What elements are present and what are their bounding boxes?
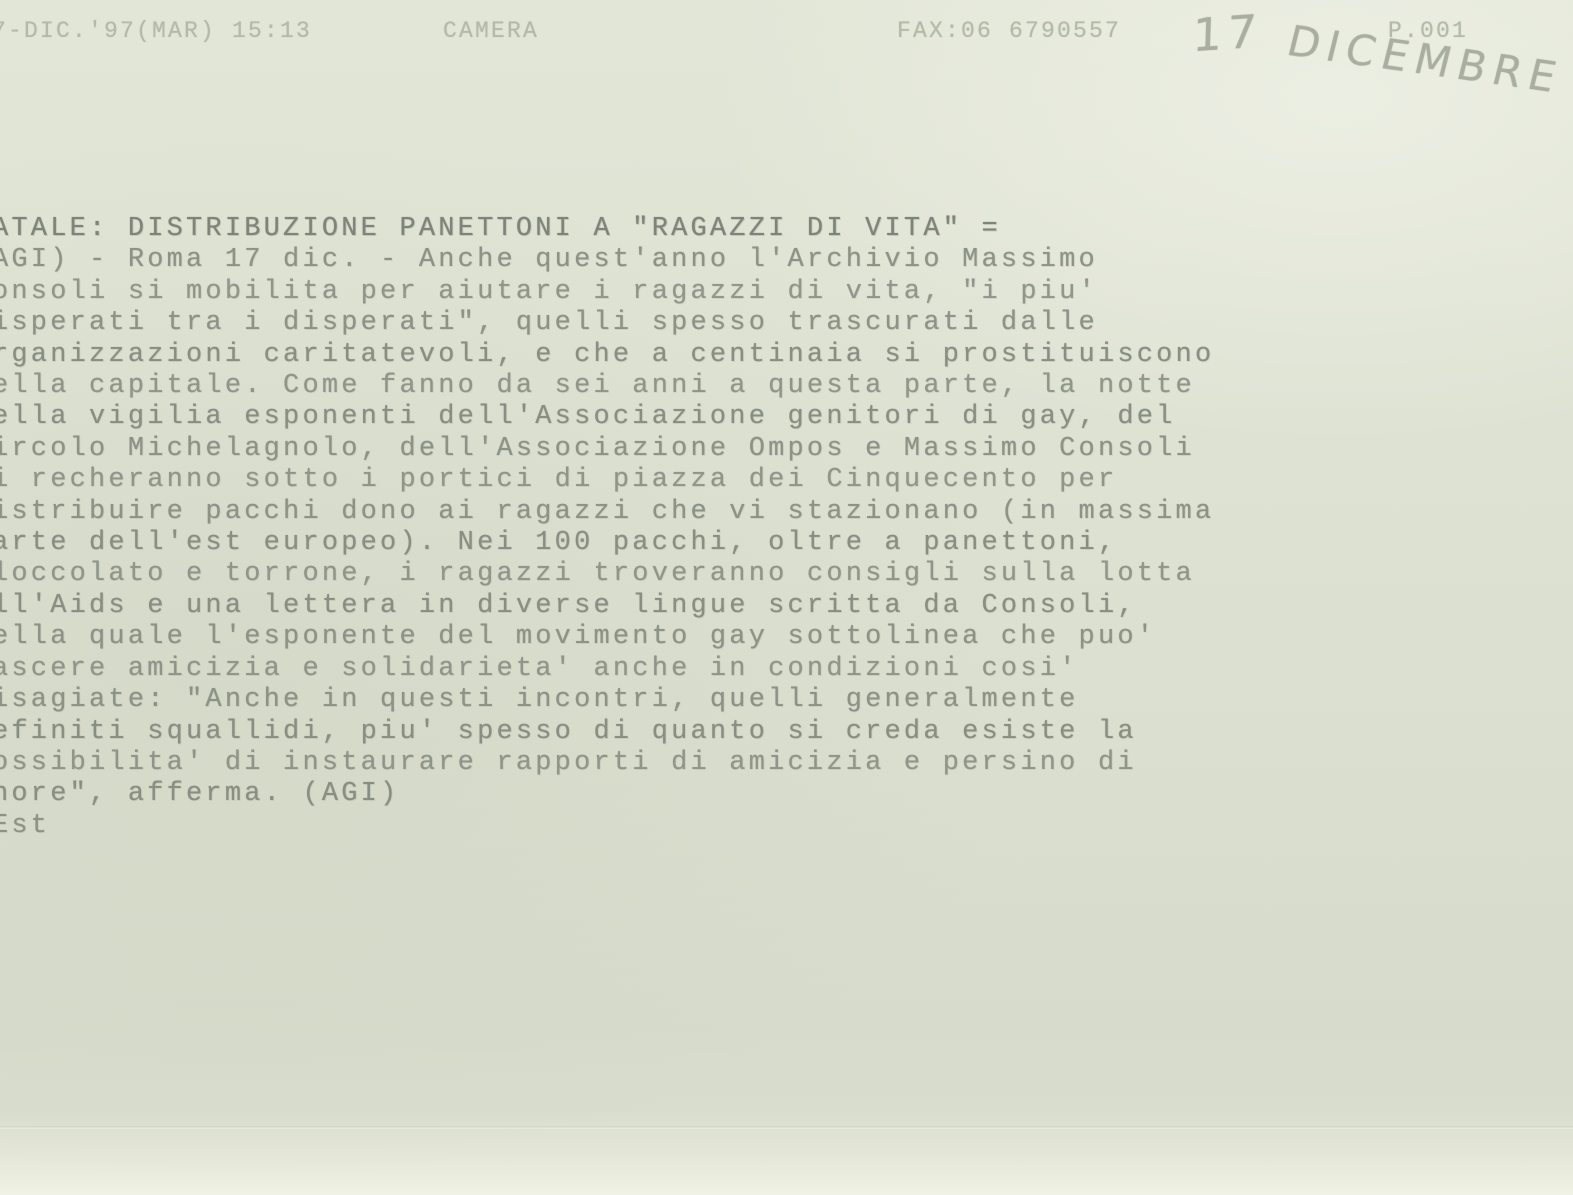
fax-header-datetime: 7-DIC.'97(MAR) 15:13	[0, 18, 312, 44]
article-line: i recheranno sotto i portici di piazza d…	[0, 465, 1392, 496]
article-line: ella vigilia esponenti dell'Associazione…	[0, 402, 1392, 433]
handwritten-day: 17	[1192, 4, 1263, 62]
article-line: rganizzazioni caritatevoli, e che a cent…	[0, 340, 1392, 371]
article-line: loccolato e torrone, i ragazzi troverann…	[0, 559, 1392, 590]
article-line: ascere amicizia e solidarieta' anche in …	[0, 654, 1392, 685]
fax-header-fax-number: FAX:06 6790557	[897, 18, 1121, 44]
article-line: ossibilita' di instaurare rapporti di am…	[0, 748, 1392, 779]
article-title-line: ATALE: DISTRIBUZIONE PANETTONI A "RAGAZZ…	[0, 214, 1392, 245]
article-line: isagiate: "Anche in questi incontri, que…	[0, 685, 1392, 716]
article-line: Est	[0, 811, 1392, 842]
article-line: ella capitale. Come fanno da sei anni a …	[0, 371, 1392, 402]
paper-crease	[0, 1126, 1573, 1129]
article-line: onsoli si mobilita per aiutare i ragazzi…	[0, 277, 1392, 308]
article-line: efiniti squallidi, piu' spesso di quanto…	[0, 717, 1392, 748]
article-line: isperati tra i disperati", quelli spesso…	[0, 308, 1392, 339]
article-line: ella quale l'esponente del movimento gay…	[0, 622, 1392, 653]
article-line: arte dell'est europeo). Nei 100 pacchi, …	[0, 528, 1392, 559]
article-line: ll'Aids e una lettera in diverse lingue …	[0, 591, 1392, 622]
fax-header-sender: CAMERA	[443, 18, 539, 44]
article-line: AGI) - Roma 17 dic. - Anche quest'anno l…	[0, 245, 1392, 276]
article-line: istribuire pacchi dono ai ragazzi che vi…	[0, 497, 1392, 528]
fax-body-text: ATALE: DISTRIBUZIONE PANETTONI A "RAGAZZ…	[0, 214, 1392, 842]
article-line: nore", afferma. (AGI)	[0, 779, 1392, 810]
article-line: ircolo Michelagnolo, dell'Associazione O…	[0, 434, 1392, 465]
